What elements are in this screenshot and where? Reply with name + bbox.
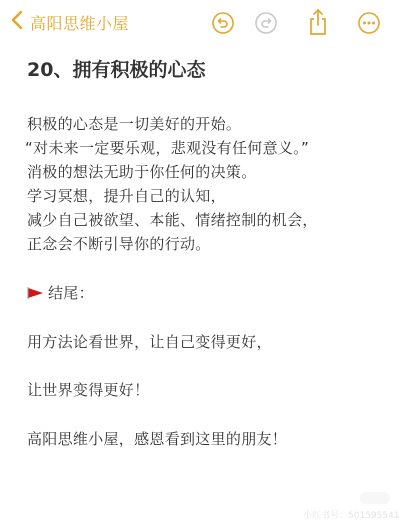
paragraph-line: 学习冥想，提升自己的认知， — [27, 185, 226, 206]
note-title: 20、拥有积极的心态 — [27, 55, 205, 82]
paragraph-line: 正念会不断引导你的行动。 — [27, 233, 211, 254]
watermark-logo — [360, 492, 390, 504]
ending-label: 结尾： — [48, 284, 94, 302]
chevron-left-icon — [10, 10, 24, 34]
back-button[interactable]: 高阳思维小屋 — [10, 10, 129, 34]
paragraph-line: 减少自己被欲望、本能、情绪控制的机会， — [27, 209, 318, 230]
ending-line: 高阳思维小屋，感恩看到这里的朋友！ — [27, 428, 287, 449]
toolbar: 高阳思维小屋 — [0, 0, 400, 44]
share-icon[interactable] — [306, 8, 330, 36]
undo-icon[interactable] — [211, 11, 235, 35]
back-label: 高阳思维小屋 — [30, 11, 129, 34]
redo-icon[interactable] — [254, 11, 278, 35]
ending-heading: 结尾： — [27, 282, 94, 303]
watermark: 小红书号：501595541 — [303, 508, 400, 521]
ending-line: 用方法论看世界，让自己变得更好， — [27, 331, 272, 352]
paragraph-line: 消极的想法无助于你任何的决策。 — [27, 161, 257, 182]
paragraph-line: “对未来一定要乐观，悲观没有任何意义。” — [25, 137, 309, 158]
paragraph-line: 积极的心态是一切美好的开始。 — [27, 113, 241, 134]
ending-line: 让世界变得更好！ — [27, 379, 149, 400]
more-icon[interactable] — [357, 11, 381, 35]
red-flag-icon — [27, 285, 44, 303]
